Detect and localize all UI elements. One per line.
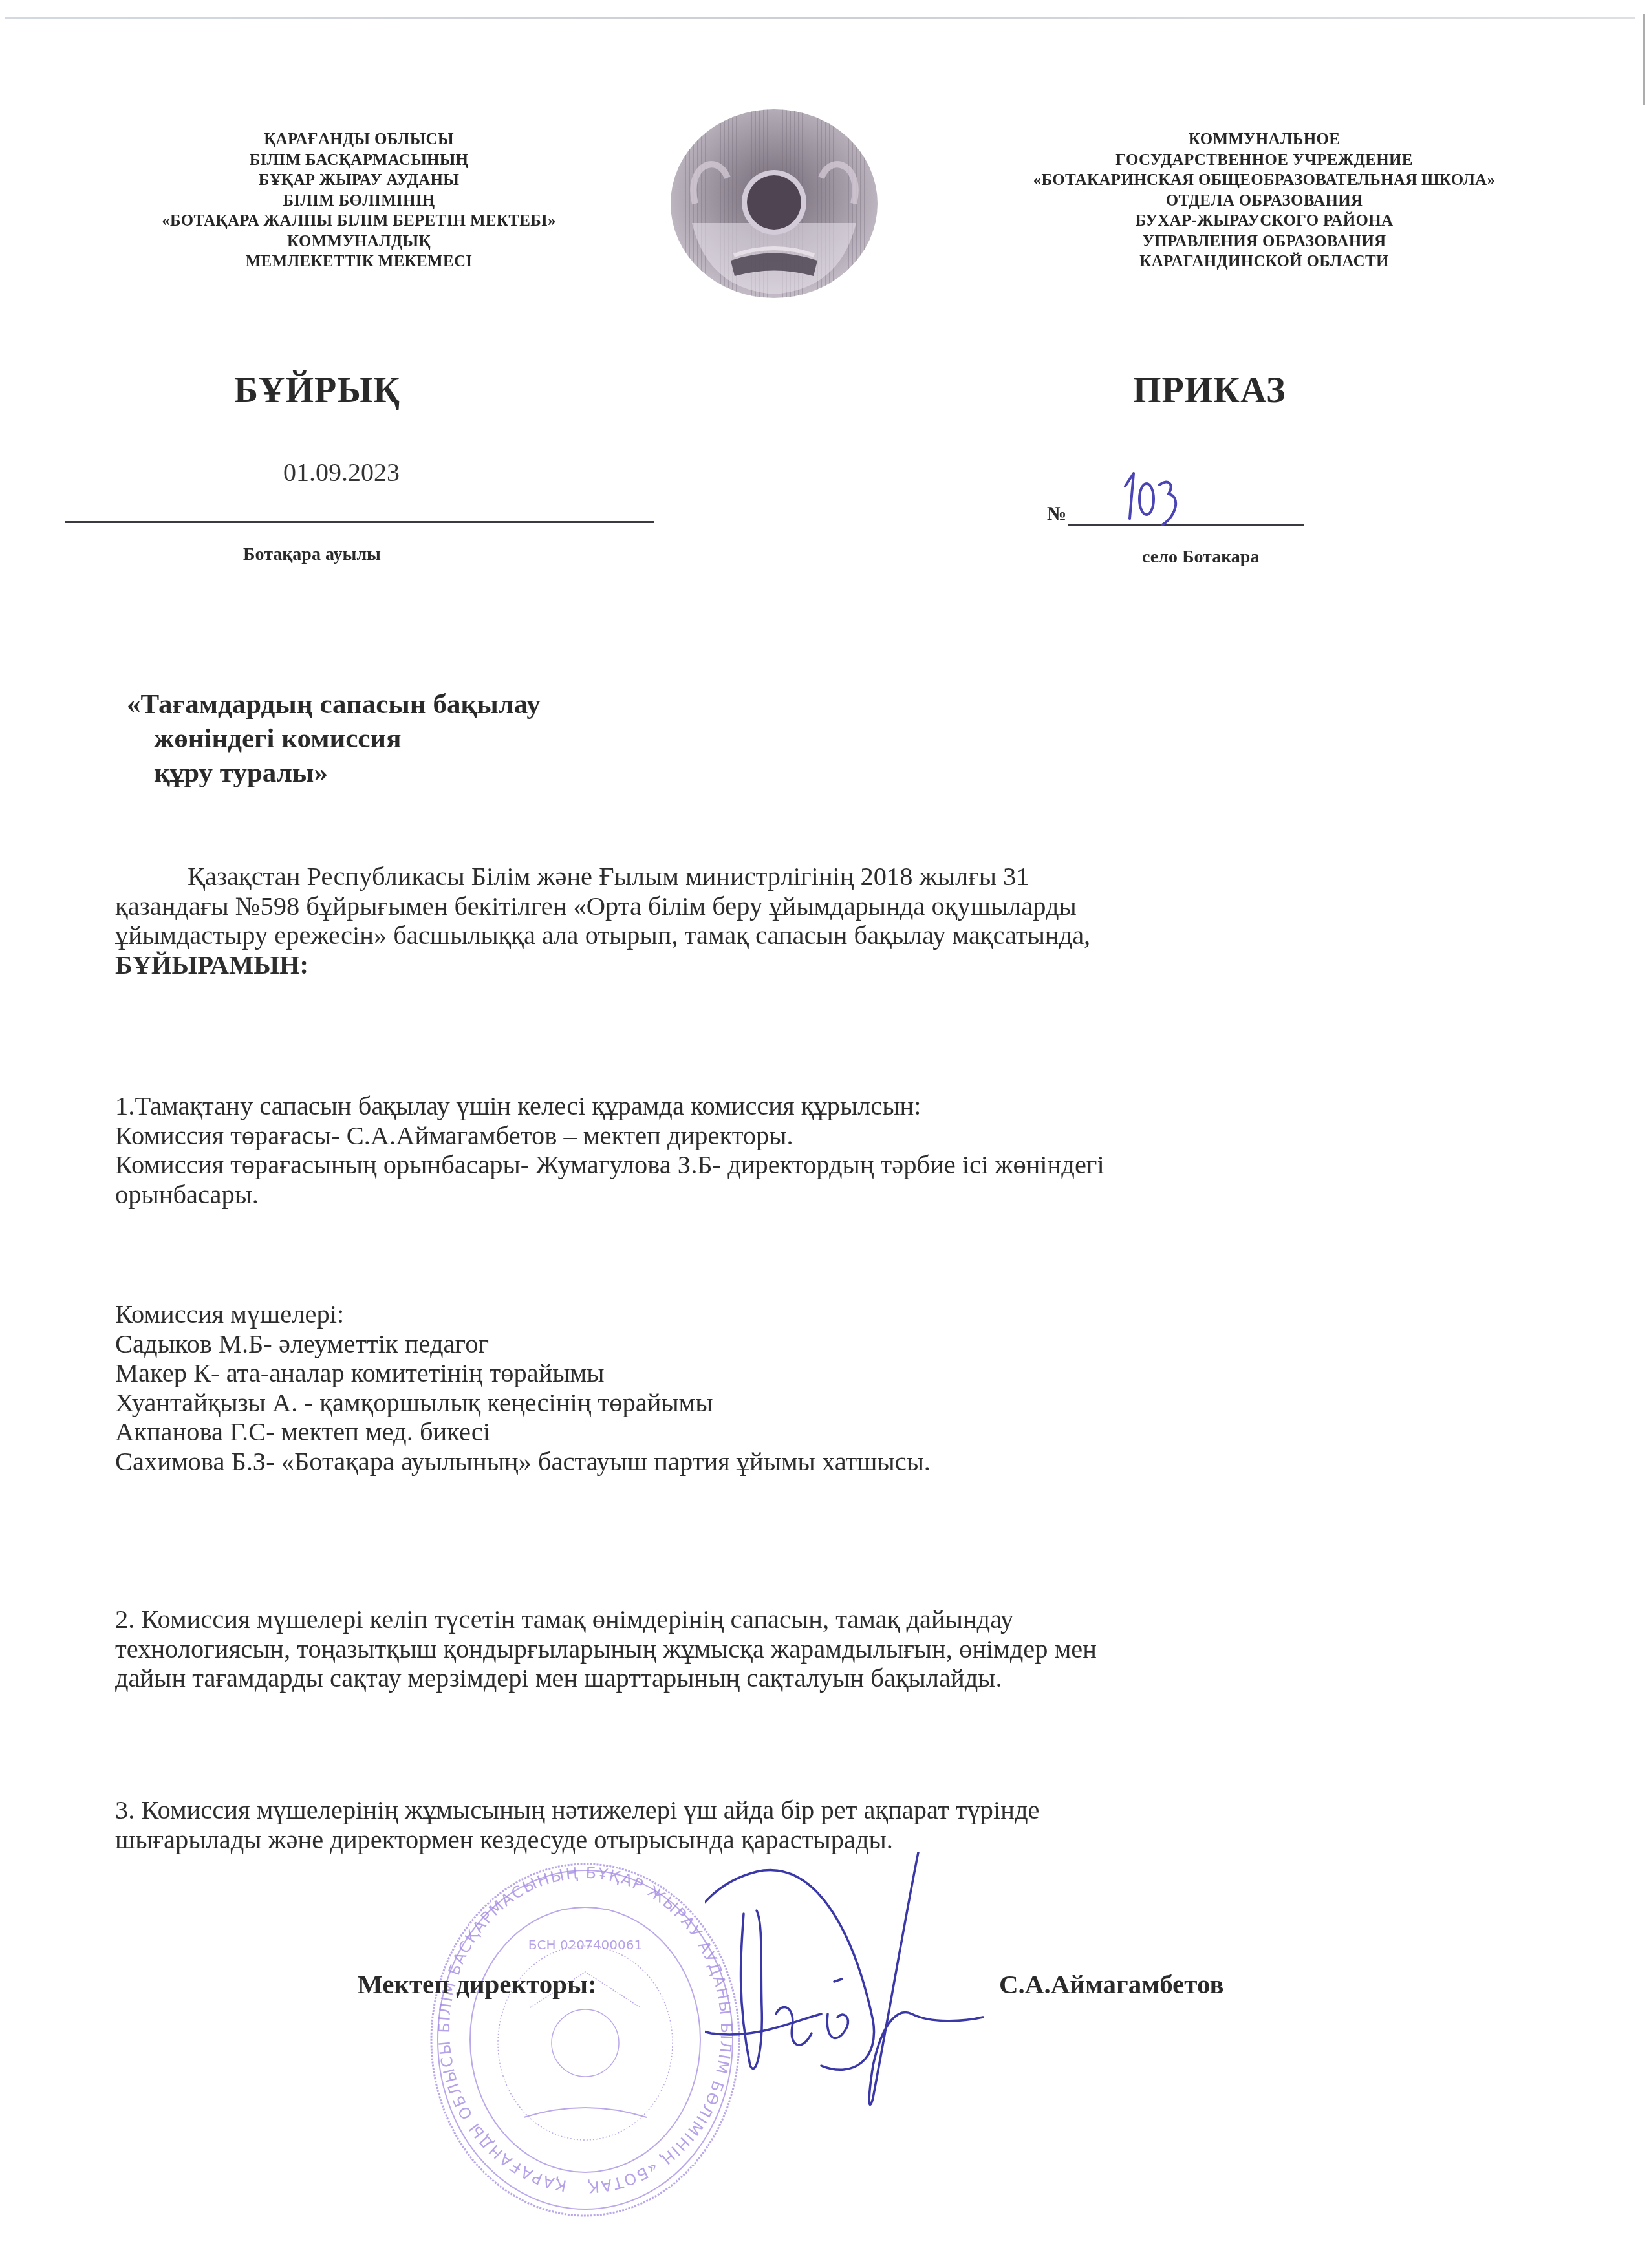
title-line: «Тағамдардың сапасын бақылау bbox=[127, 687, 541, 722]
commission-members: Комиссия мүшелері: Садыков М.Б- әлеуметт… bbox=[115, 1300, 1525, 1476]
handwritten-signature-icon bbox=[705, 1852, 1119, 2124]
member-item: Хуантайқызы А. - қамқоршылық кеңесінің т… bbox=[115, 1388, 1525, 1418]
scan-edge-line bbox=[5, 17, 1635, 19]
text-line: Қазақстан Республикасы Білім және Ғылым … bbox=[115, 862, 1525, 892]
header-line: КАРАГАНДИНСКОЙ ОБЛАСТИ bbox=[905, 251, 1623, 272]
header-line: ОТДЕЛА ОБРАЗОВАНИЯ bbox=[905, 191, 1623, 211]
text-line: дайын тағамдарды сақтау мерзімдері мен ш… bbox=[115, 1664, 1525, 1693]
header-line: УПРАВЛЕНИЯ ОБРАЗОВАНИЯ bbox=[905, 231, 1623, 252]
text-line: 1.Тамақтану сапасын бақылау үшін келесі … bbox=[115, 1091, 1525, 1121]
official-stamp-icon: ҚАРАҒАНДЫ ОБЛЫСЫ БІЛІМ БАСҚАРМАСЫНЫҢ БҰҚ… bbox=[427, 1859, 744, 2221]
title-line: жөніндегі комиссия bbox=[127, 722, 541, 756]
intro-paragraph: Қазақстан Республикасы Білім және Ғылым … bbox=[115, 862, 1525, 979]
header-line: МЕМЛЕКЕТТІК МЕКЕМЕСІ bbox=[91, 251, 627, 272]
member-item: Макер К- ата-аналар комитетінің төрайымы bbox=[115, 1358, 1525, 1388]
point-3: 3. Комиссия мүшелерінің жұмысының нәтиже… bbox=[115, 1795, 1525, 1854]
header-right-ru: КОММУНАЛЬНОЕ ГОСУДАРСТВЕННОЕ УЧРЕЖДЕНИЕ … bbox=[905, 129, 1623, 272]
header-left-kz: ҚАРАҒАНДЫ ОБЛЫСЫ БІЛІМ БАСҚАРМАСЫНЫҢ БҰҚ… bbox=[91, 129, 627, 272]
text-line: қазандағы №598 бұйрығымен бекітілген «Ор… bbox=[115, 892, 1525, 921]
member-item: Садыков М.Б- әлеуметтік педагог bbox=[115, 1329, 1525, 1359]
members-heading: Комиссия мүшелері: bbox=[115, 1300, 1525, 1329]
header-line: «БОТАКАРИНСКАЯ ОБЩЕОБРАЗОВАТЕЛЬНАЯ ШКОЛА… bbox=[905, 170, 1623, 191]
place-kz: Ботақара ауылы bbox=[243, 544, 381, 565]
order-date: 01.09.2023 bbox=[283, 457, 400, 487]
text-line: технологиясын, тоңазытқыш қондырғыларыны… bbox=[115, 1634, 1525, 1664]
signatory-title: Мектеп директоры: bbox=[358, 1969, 597, 2000]
header-line: ҚАРАҒАНДЫ ОБЛЫСЫ bbox=[91, 129, 627, 150]
text-line: ұйымдастыру ережесін» басшылыққа ала оты… bbox=[115, 921, 1525, 950]
member-item: Сахимова Б.З- «Ботақара ауылының» бастау… bbox=[115, 1447, 1525, 1477]
header-line: БІЛІМ БӨЛІМІНІҢ bbox=[91, 191, 627, 211]
state-emblem-icon bbox=[666, 107, 883, 304]
text-line: 3. Комиссия мүшелерінің жұмысының нәтиже… bbox=[115, 1795, 1525, 1825]
header-line: ГОСУДАРСТВЕННОЕ УЧРЕЖДЕНИЕ bbox=[905, 150, 1623, 171]
header-line: КОММУНАЛЬНОЕ bbox=[905, 129, 1623, 150]
date-underline bbox=[65, 521, 654, 523]
stamp-bin: БСН 0207400061 bbox=[528, 1937, 642, 1952]
scan-edge-right bbox=[1643, 14, 1645, 105]
text-line: Комиссия төрағасының орынбасары- Жумагул… bbox=[115, 1150, 1525, 1180]
text-line: орынбасары. bbox=[115, 1180, 1525, 1210]
handwritten-order-number: 103 bbox=[1122, 460, 1193, 531]
header-line: БҰҚАР ЖЫРАУ АУДАНЫ bbox=[91, 170, 627, 191]
number-label: № bbox=[1047, 503, 1066, 525]
header-line: КОММУНАЛДЫҚ bbox=[91, 231, 627, 252]
doc-type-kz: БҰЙРЫҚ bbox=[234, 370, 400, 411]
doc-type-ru: ПРИКАЗ bbox=[1133, 370, 1286, 411]
point-1: 1.Тамақтану сапасын бақылау үшін келесі … bbox=[115, 1091, 1525, 1209]
member-item: Акпанова Г.С- мектеп мед. бикесі bbox=[115, 1417, 1525, 1447]
place-ru: село Ботакара bbox=[1142, 547, 1259, 568]
title-line: құру туралы» bbox=[127, 756, 541, 790]
text-line: 2. Комиссия мүшелері келіп түсетін тамақ… bbox=[115, 1605, 1525, 1634]
header-line: БУХАР-ЖЫРАУСКОГО РАЙОНА bbox=[905, 211, 1623, 231]
header-line: «БОТАҚАРА ЖАЛПЫ БІЛІМ БЕРЕТІН МЕКТЕБІ» bbox=[91, 211, 627, 231]
order-title: «Тағамдардың сапасын бақылау жөніндегі к… bbox=[127, 687, 541, 790]
header-line: БІЛІМ БАСҚАРМАСЫНЫҢ bbox=[91, 150, 627, 171]
point-2: 2. Комиссия мүшелері келіп түсетін тамақ… bbox=[115, 1605, 1525, 1693]
text-line: шығарылады және директормен кездесуде от… bbox=[115, 1825, 1525, 1855]
order-word: БҰЙЫРАМЫН: bbox=[115, 950, 1525, 980]
text-line: Комиссия төрағасы- С.А.Аймагамбетов – ме… bbox=[115, 1121, 1525, 1151]
